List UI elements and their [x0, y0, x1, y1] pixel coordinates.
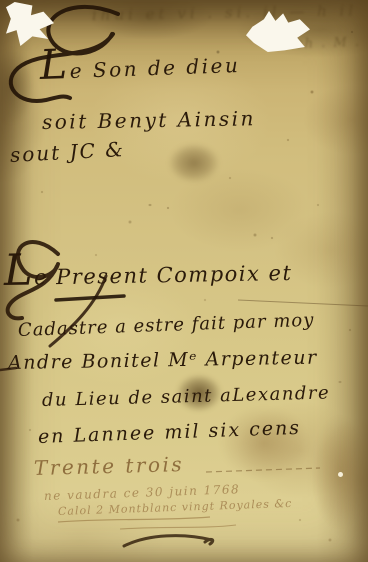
torn-paper-patch-left [6, 2, 54, 46]
title-line-2: Cadastre a estre fait par moy [18, 312, 315, 340]
strike-bar [56, 296, 124, 300]
annotation-underline-1 [58, 517, 210, 522]
invocation-line-3: sout JC & [9, 139, 125, 165]
ghost-text-top: ihui et vi . si. il — h il [92, 3, 357, 23]
ink-stain-upper [168, 143, 220, 183]
invocation-line-1: Le Son de dieu [40, 55, 241, 82]
pinhole [338, 472, 343, 477]
crease-line [238, 300, 368, 306]
title-line-6-date: Trente trois [34, 454, 185, 478]
bottom-flourish [124, 536, 213, 546]
annotation-underline-2 [120, 525, 236, 529]
invocation-line-2: soit Benyt Ainsin [42, 108, 256, 132]
left-edge-smudge [0, 48, 34, 124]
title-line-1: Le Present Compoix et [4, 263, 293, 289]
manuscript-page: ihui et vi . si. il — h il sh . M . Le S… [0, 0, 368, 562]
title-line-3: Andre Bonitel Mᵉ Arpenteur [8, 349, 318, 373]
title-line-4: du Lieu de saint aLexandre [42, 384, 331, 410]
ghost-text-right: sh . M . [296, 36, 361, 51]
